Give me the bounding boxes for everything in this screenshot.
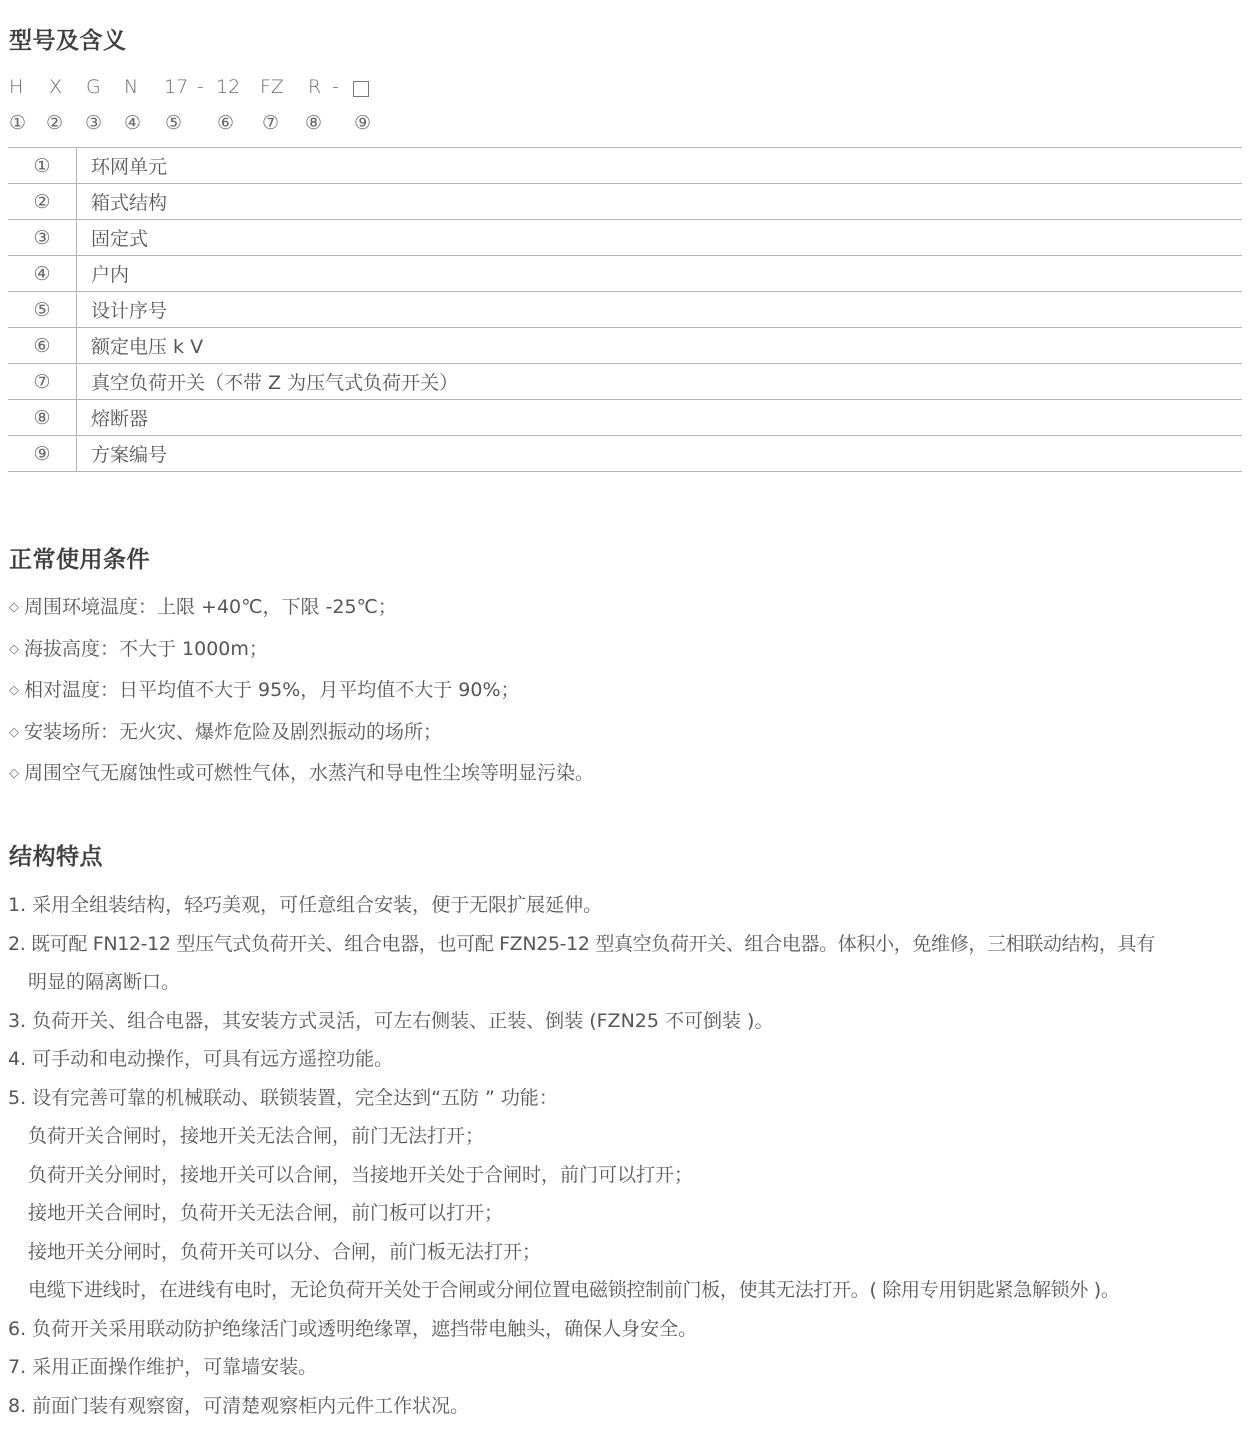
list-item: 5. 设有完善可靠的机械联动、联锁装置，完全达到“五防 ” 功能： [8,1079,1242,1118]
table-row: ④户内 [8,256,1242,292]
row-number: ④ [8,256,77,292]
list-item: ◇海拔高度：不大于 1000m； [9,630,594,672]
model-meaning-table: ①环网单元 ②箱式结构 ③固定式 ④户内 ⑤设计序号 ⑥额定电压 k V ⑦真空… [8,147,1242,472]
table-row: ⑨方案编号 [8,436,1242,472]
list-item: 7. 采用正面操作维护，可靠墙安装。 [8,1348,1242,1387]
list-item: 8. 前面门装有观察窗，可清楚观察柜内元件工作状况。 [8,1387,1242,1426]
features-section-title: 结构特点 [9,838,103,871]
list-item: ◇周围环境温度：上限 +40℃，下限 -25℃； [9,588,594,630]
table-row: ②箱式结构 [8,184,1242,220]
code-dash: - [332,76,339,98]
code-letter: G [86,76,101,98]
table-row: ⑦真空负荷开关（不带 Z 为压气式负荷开关） [8,364,1242,400]
row-description: 设计序号 [77,292,1243,328]
code-number: ⑨ [354,112,371,134]
list-sub-item: 电缆下进线时，在进线有电时，无论负荷开关处于合闸或分闸位置电磁锁控制前门板，使其… [8,1271,1242,1310]
row-description: 户内 [77,256,1243,292]
code-number: ④ [124,112,141,134]
code-number: ③ [85,112,102,134]
code-letter: X [49,76,62,98]
table-row: ⑧熔断器 [8,400,1242,436]
code-number: ② [46,112,63,134]
code-letter: R [308,76,321,98]
list-sub-item: 接地开关分闸时，负荷开关可以分、合闸，前门板无法打开； [8,1233,1242,1272]
row-number: ② [8,184,77,220]
conditions-section-title: 正常使用条件 [9,541,150,574]
row-number: ① [8,148,77,184]
row-description: 熔断器 [77,400,1243,436]
row-description: 额定电压 k V [77,328,1243,364]
list-item: 3. 负荷开关、组合电器，其安装方式灵活，可左右侧装、正装、倒装 (FZN25 … [8,1002,1242,1041]
code-box-icon [353,76,369,98]
list-sub-item: 接地开关合闸时，负荷开关无法合闸，前门板可以打开； [8,1194,1242,1233]
code-letter: H [9,76,23,98]
table-row: ⑥额定电压 k V [8,328,1242,364]
code-letter: 12 [216,76,240,98]
diamond-bullet-icon: ◇ [9,600,19,615]
row-number: ⑦ [8,364,77,400]
row-number: ⑤ [8,292,77,328]
code-letter: 17 [164,76,188,98]
list-item: ◇周围空气无腐蚀性或可燃性气体，水蒸汽和导电性尘埃等明显污染。 [9,754,594,796]
diamond-bullet-icon: ◇ [9,766,19,781]
table-row: ①环网单元 [8,148,1242,184]
list-item: 2. 既可配 FN12-12 型压气式负荷开关、组合电器，也可配 FZN25-1… [8,925,1242,964]
code-number: ⑤ [165,112,182,134]
code-number: ⑥ [217,112,234,134]
code-number: ⑦ [262,112,279,134]
conditions-list: ◇周围环境温度：上限 +40℃，下限 -25℃； ◇海拔高度：不大于 1000m… [9,588,594,796]
row-description: 固定式 [77,220,1243,256]
row-description: 环网单元 [77,148,1243,184]
row-number: ⑧ [8,400,77,436]
row-description: 真空负荷开关（不带 Z 为压气式负荷开关） [77,364,1243,400]
code-number: ⑧ [305,112,322,134]
list-item: 4. 可手动和电动操作，可具有远方遥控功能。 [8,1040,1242,1079]
row-number: ③ [8,220,77,256]
code-dash: - [197,76,204,98]
features-list: 1. 采用全组装结构，轻巧美观，可任意组合安装，便于无限扩展延伸。 2. 既可配… [8,886,1242,1425]
code-number: ① [9,112,26,134]
list-item: ◇相对温度：日平均值不大于 95%，月平均值不大于 90%； [9,671,594,713]
list-sub-item: 负荷开关合闸时，接地开关无法合闸，前门无法打开； [8,1117,1242,1156]
row-number: ⑥ [8,328,77,364]
model-section-title: 型号及含义 [9,22,127,55]
list-item: 6. 负荷开关采用联动防护绝缘活门或透明绝缘罩，遮挡带电触头，确保人身安全。 [8,1310,1242,1349]
row-description: 箱式结构 [77,184,1243,220]
table-row: ⑤设计序号 [8,292,1242,328]
diamond-bullet-icon: ◇ [9,683,19,698]
code-letter: N [124,76,138,98]
code-letter: FZ [260,76,284,98]
row-description: 方案编号 [77,436,1243,472]
diamond-bullet-icon: ◇ [9,642,19,657]
list-item: 1. 采用全组装结构，轻巧美观，可任意组合安装，便于无限扩展延伸。 [8,886,1242,925]
list-item: ◇安装场所：无火灾、爆炸危险及剧烈振动的场所； [9,713,594,755]
list-sub-item: 负荷开关分闸时，接地开关可以合闸，当接地开关处于合闸时，前门可以打开； [8,1156,1242,1195]
row-number: ⑨ [8,436,77,472]
table-row: ③固定式 [8,220,1242,256]
list-item-continuation: 明显的隔离断口。 [8,963,1242,1002]
diamond-bullet-icon: ◇ [9,725,19,740]
